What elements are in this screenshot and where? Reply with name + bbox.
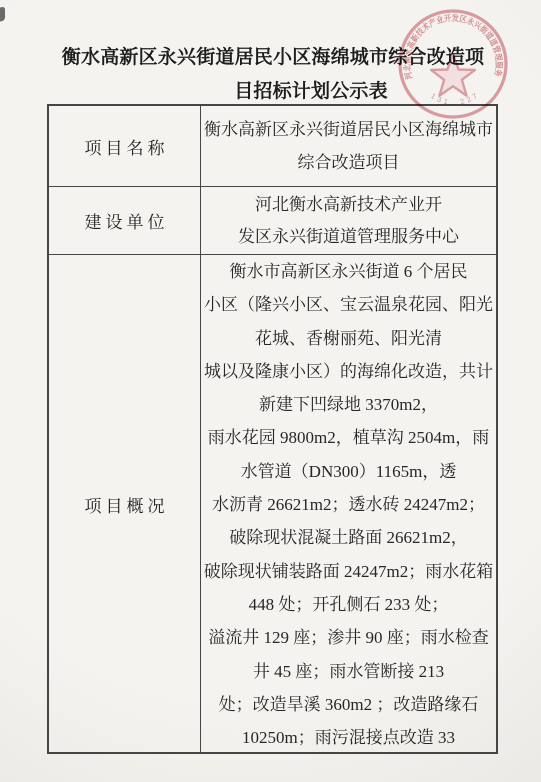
project-name-line: 综合改造项目 — [298, 146, 400, 179]
row-value-project-overview: 衡水市高新区永兴街道 6 个居民 小区（隆兴小区、宝云温泉花园、阳光 花城、香榭… — [201, 254, 496, 754]
overview-line: 小区（隆兴小区、宝云温泉花园、阳光 — [204, 288, 493, 321]
overview-line: 水沥青 26621m2；透水砖 24247m2； — [212, 488, 485, 521]
overview-line: 城以及隆康小区）的海绵化改造，共计 — [204, 355, 493, 388]
overview-line: 衡水市高新区永兴街道 6 个居民 — [230, 255, 468, 288]
overview-line: 溢流井 129 座；渗井 90 座；雨水检查 — [208, 621, 489, 654]
overview-line: 花城、香榭丽苑、阳光清 — [255, 322, 442, 355]
row-label-construction-unit: 建设单位 — [49, 186, 201, 254]
overview-line: 处；改造旱溪 360m2 ；改造路缘石 — [219, 688, 479, 721]
row-value-construction-unit: 河北衡水高新技术产业开 发区永兴街道道管理服务中心 — [201, 186, 496, 254]
row-value-project-name: 衡水高新区永兴街道居民小区海绵城市 综合改造项目 — [201, 106, 496, 186]
overview-line: 10250m；雨污混接点改造 33 — [242, 721, 455, 754]
row-label-project-name: 项目名称 — [49, 106, 201, 186]
overview-line: 新建下凹绿地 3370m2， — [259, 388, 438, 421]
document-page: 衡水高新区永兴街道居民小区海绵城市综合改造项 目招标计划公示表 项目名称 衡水高… — [0, 0, 541, 782]
overview-line: 448 处；开孔侧石 233 处； — [249, 588, 449, 621]
construction-unit-line: 河北衡水高新技术产业开 — [255, 189, 442, 221]
scan-artifact — [0, 6, 5, 21]
document-title: 衡水高新区永兴街道居民小区海绵城市综合改造项 目招标计划公示表 — [48, 41, 498, 109]
overview-line: 破除现状铺装路面 24247m2；雨水花箱 — [204, 555, 493, 588]
title-line-1: 衡水高新区永兴街道居民小区海绵城市综合改造项 — [48, 41, 498, 75]
construction-unit-line: 发区永兴街道道管理服务中心 — [238, 221, 459, 253]
project-info-table: 项目名称 衡水高新区永兴街道居民小区海绵城市 综合改造项目 建设单位 河北衡水高… — [47, 104, 498, 754]
overview-line: 雨水花园 9800m2，植草沟 2504m，雨 — [208, 421, 489, 454]
row-label-project-overview: 项目概况 — [49, 254, 201, 754]
overview-line: 水管道（DN300）1165m，透 — [241, 455, 457, 488]
overview-line: 破除现状混凝土路面 26621m2， — [229, 521, 467, 554]
project-name-line: 衡水高新区永兴街道居民小区海绵城市 — [204, 113, 493, 146]
overview-line: 井 45 座；雨水管断接 213 — [253, 655, 444, 688]
